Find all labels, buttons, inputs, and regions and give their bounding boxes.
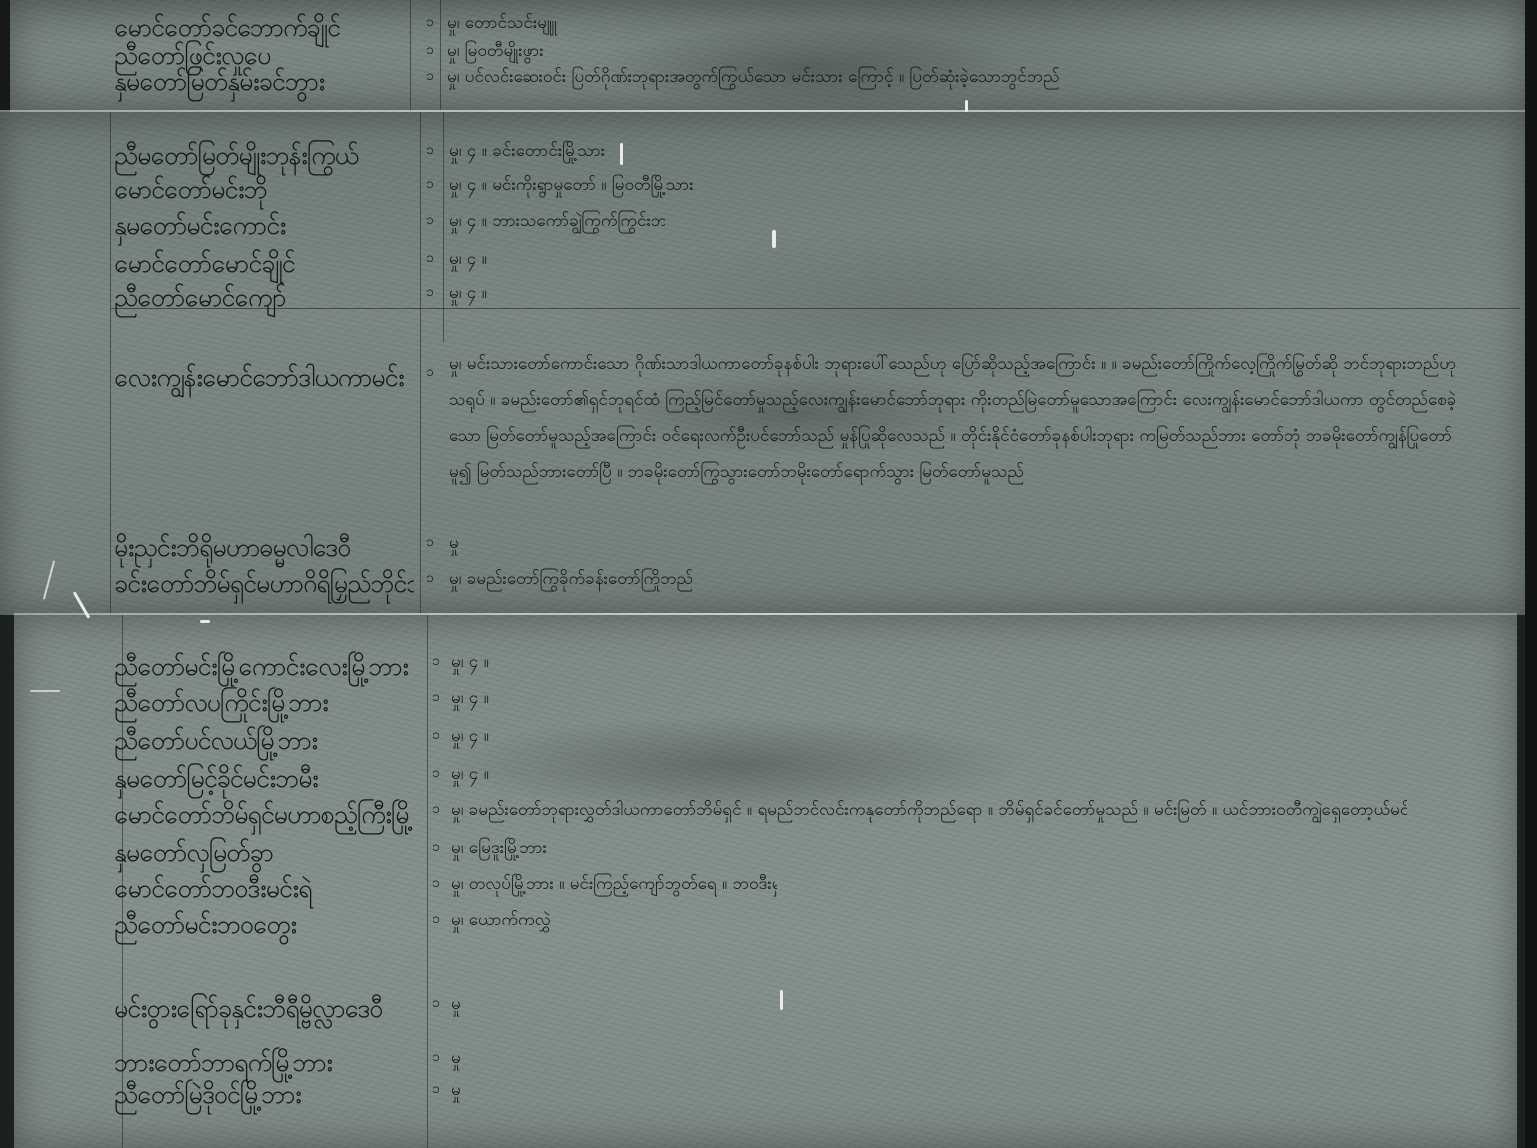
- entry-name: ခင်းတော်ဘိမ်ရှင်မဟာဂိရိမြှည်ဘိုင်ဘား: [114, 568, 414, 605]
- register-row: မောင်တော်မောင်ချိုင် ၁ မှု၊ ၄ ။: [0, 248, 1525, 282]
- entry-count: ၁: [426, 40, 440, 61]
- register-row: နှမတော်မြတ်နှမ်းခင်ဘွား ၁ မှု၊ ပင်လင်းဆေ…: [10, 66, 1525, 100]
- entry-description: မှု၊ ခမည်းတော်ဘုရားလွှတ်ဒါယကာတော်ဘိမ်ရှင…: [451, 799, 1407, 824]
- entry-count: ၁: [426, 532, 440, 553]
- entry-description: မှု၊ ၄ ။ ခင်းတောင်းမြို့သား: [449, 140, 645, 165]
- entry-name: မင်းဝွားရြော်ခုနှင်းဘီရီမ္ဗိလ္လာဒေဝီ: [114, 993, 414, 1030]
- register-row: ညီတော်လပကြိုင်းမြို့ဘား ၁ မှု၊ ၄ ။: [14, 687, 1517, 721]
- entry-count: ၁: [426, 12, 440, 33]
- entry-description: မှု: [451, 1047, 467, 1072]
- entry-description: မှု: [451, 1079, 467, 1104]
- entry-name: မောင်တော်မောင်ချိုင်: [114, 248, 414, 285]
- register-row: နှမတော်မြင့်ခိုင်မင်းဘမီး ၁ မှု၊ ၄ ။: [14, 763, 1517, 797]
- register-row: ညီတော်မြဲဒိုဝင်မြို့ဘား ၁ မှု: [14, 1079, 1517, 1113]
- entry-count: ၁: [426, 282, 440, 303]
- entry-count: ၁: [426, 568, 440, 589]
- entry-description: မှု၊ ခမည်းတော်ကြွခိုက်ခန်းတော်ကြိုဘည်: [449, 568, 745, 593]
- entry-name: ညီတော်မြဲဒိုဝင်မြို့ဘား: [114, 1079, 414, 1116]
- entry-name: မောင်တော်မင်းဘို: [114, 174, 414, 211]
- entry-count: ၁: [432, 725, 446, 746]
- entry-description: မှု၊ တောင်သင်းမျုူ: [447, 12, 1465, 37]
- entry-name: ညီတော်ပင်လယ်မြို့ဘား: [114, 725, 414, 762]
- entry-description: မှု၊ ၄ ။: [449, 248, 525, 273]
- entry-description: မှု၊ မြေဒူးမြို့ဘား: [451, 837, 577, 862]
- entry-name: နှမတော်မြတ်နှမ်းခင်ဘွား: [114, 66, 414, 103]
- entry-name: မိုးညှင်းဘိရိုမဟာဓမ္မလါဒေဝီ: [114, 532, 414, 569]
- scan-edge: [1525, 0, 1537, 1148]
- top-fold-panel: မောင်တော်ခင်ဘောက်ချိုင် ၁ မှု၊ တောင်သင်း…: [10, 0, 1525, 112]
- middle-fold-panel: ညီမတော်မြတ်မျိုးဘုန်းကြွယ် ၁ မှု၊ ၄ ။ ခင…: [0, 112, 1525, 615]
- entry-count: ၁: [426, 248, 440, 269]
- entry-description: မှု၊ ၄ ။ မင်းကိုးရွာမှုတော် ။ မြဝတီမြို့…: [449, 174, 705, 199]
- entry-description: မှု၊ ၄ ။: [451, 763, 517, 788]
- register-row: ခင်းတော်ဘိမ်ရှင်မဟာဂိရိမြှည်ဘိုင်ဘား ၁ မ…: [0, 568, 1525, 602]
- entry-description: မှု: [449, 532, 485, 557]
- register-row: နှမတော်မင်းကောင်း ၁ မှု၊ ၄ ။ ဘားသကော်ချွ…: [0, 210, 1525, 244]
- entry-description: မှု၊ ပင်လင်းဆေးဝင်း ပြတ်ဂိုဏ်းဘုရားအတွက်…: [447, 66, 1085, 91]
- register-row: ဘားတော်ဘာရက်မြို့ဘား ၁ မှု: [14, 1047, 1517, 1081]
- entry-count: ၁: [432, 1047, 446, 1068]
- entry-count: ၁: [426, 362, 440, 383]
- entry-count: ၁: [432, 873, 446, 894]
- entry-description: မှု၊ ၄ ။: [449, 282, 525, 307]
- entry-name: ညီတော်မောင်ကျော်: [114, 282, 414, 319]
- register-row: မောင်တော်ဘဝဒီးမင်းရဲ ၁ မှု၊ တလုပ်မြို့ဘာ…: [14, 873, 1517, 907]
- entry-description: မှု၊ ယောက်ကလွှဲ: [451, 909, 577, 934]
- register-row: မောင်တော်မင်းဘို ၁ မှု၊ ၄ ။ မင်းကိုးရွာမ…: [0, 174, 1525, 208]
- entry-count: ၁: [432, 799, 446, 820]
- scan-speck: [620, 143, 623, 165]
- entry-count: ၁: [432, 837, 446, 858]
- entry-name: ညီမတော်မြတ်မျိုးဘုန်းကြွယ်: [114, 140, 414, 177]
- scan-speck: [200, 620, 210, 623]
- register-row: ညီတော်မင်းမြို့ကောင်းလေးမြို့ဘား ၁ မှု၊ …: [14, 651, 1517, 685]
- register-row: မင်းဝွားရြော်ခုနှင်းဘီရီမ္ဗိလ္လာဒေဝီ ၁ မ…: [14, 993, 1517, 1027]
- register-row: မောင်တော်ဘိမ်ရှင်မဟာစည့်ကြီးမြို့ဘား ၁ မ…: [14, 799, 1517, 833]
- entry-count: ၁: [432, 763, 446, 784]
- entry-name: ညီတော်မင်းမြို့ကောင်းလေးမြို့ဘား: [114, 651, 414, 688]
- entry-name: မောင်တော်ဘဝဒီးမင်းရဲ: [114, 873, 414, 910]
- register-row: မိုးညှင်းဘိရိုမဟာဓမ္မလါဒေဝီ ၁ မှု: [0, 532, 1525, 566]
- register-row: လေးကျွန်းမောင်ဘော်ဒါယကာမင်း ၁ မှု၊ မင်းသ…: [0, 362, 1525, 512]
- entry-count: ၁: [426, 66, 440, 87]
- scan-speck: [30, 690, 60, 692]
- entry-count: ၁: [432, 993, 446, 1014]
- entry-count: ၁: [432, 909, 446, 930]
- entry-count: ၁: [432, 1079, 446, 1100]
- bottom-fold-panel: ညီတော်မင်းမြို့ကောင်းလေးမြို့ဘား ၁ မှု၊ …: [14, 615, 1517, 1148]
- entry-name: နှမတော်မင်းကောင်း: [114, 210, 414, 247]
- entry-description: မှု၊ ၄ ။ ဘားသကော်ချွဲကြွက်ကြွင်းဘည်: [449, 210, 665, 235]
- register-row: ညီမတော်မြတ်မျိုးဘုန်းကြွယ် ၁ မှု၊ ၄ ။ ခင…: [0, 140, 1525, 174]
- register-row: ညီတော်မောင်ကျော် ၁ မှု၊ ၄ ။: [0, 282, 1525, 316]
- scan-speck: [780, 990, 783, 1010]
- entry-description: မှု: [451, 993, 467, 1018]
- entry-count: ၁: [432, 687, 446, 708]
- entry-name: နှမတော်လှမြတ်ခွာ: [114, 837, 414, 874]
- entry-name: မောင်တော်ဘိမ်ရှင်မဟာစည့်ကြီးမြို့ဘား: [114, 799, 414, 836]
- entry-count: ၁: [432, 651, 446, 672]
- scan-edge: [0, 0, 10, 112]
- entry-description: မှု၊ ၄ ။: [451, 651, 517, 676]
- register-row: ညီတော်မင်းဘဝတွေး ၁ မှု၊ ယောက်ကလွှဲ: [14, 909, 1517, 943]
- entry-description: မှု၊ မြဝတီမျိုးဖွား: [447, 40, 1465, 65]
- register-row: နှမတော်လှမြတ်ခွာ ၁ မှု၊ မြေဒူးမြို့ဘား: [14, 837, 1517, 871]
- entry-count: ၁: [426, 210, 440, 231]
- entry-name: နှမတော်မြင့်ခိုင်မင်းဘမီး: [114, 763, 414, 800]
- entry-count: ၁: [426, 140, 440, 161]
- entry-description: မှု၊ ၄ ။: [451, 725, 517, 750]
- scan-speck: [965, 100, 968, 112]
- entry-name: ညီတော်မင်းဘဝတွေး: [114, 909, 414, 946]
- entry-count: ၁: [426, 174, 440, 195]
- entry-description: မှု၊ မင်းသားတော်ကောင်းသော ဂိုဏ်းသာဒါယကာတ…: [449, 346, 1465, 496]
- scan-speck: [772, 230, 776, 248]
- entry-name: လေးကျွန်းမောင်ဘော်ဒါယကာမင်း: [114, 362, 414, 399]
- manuscript-scan: မောင်တော်ခင်ဘောက်ချိုင် ၁ မှု၊ တောင်သင်း…: [0, 0, 1537, 1148]
- entry-description: မှု၊ ၄ ။: [451, 687, 517, 712]
- register-row: ညီတော်ပင်လယ်မြို့ဘား ၁ မှု၊ ၄ ။: [14, 725, 1517, 759]
- entry-name: ညီတော်လပကြိုင်းမြို့ဘား: [114, 687, 414, 724]
- entry-description: မှု၊ တလုပ်မြို့ဘား ။ မင်းကြည့်ကျော်ဘွတ်ရ…: [451, 873, 777, 898]
